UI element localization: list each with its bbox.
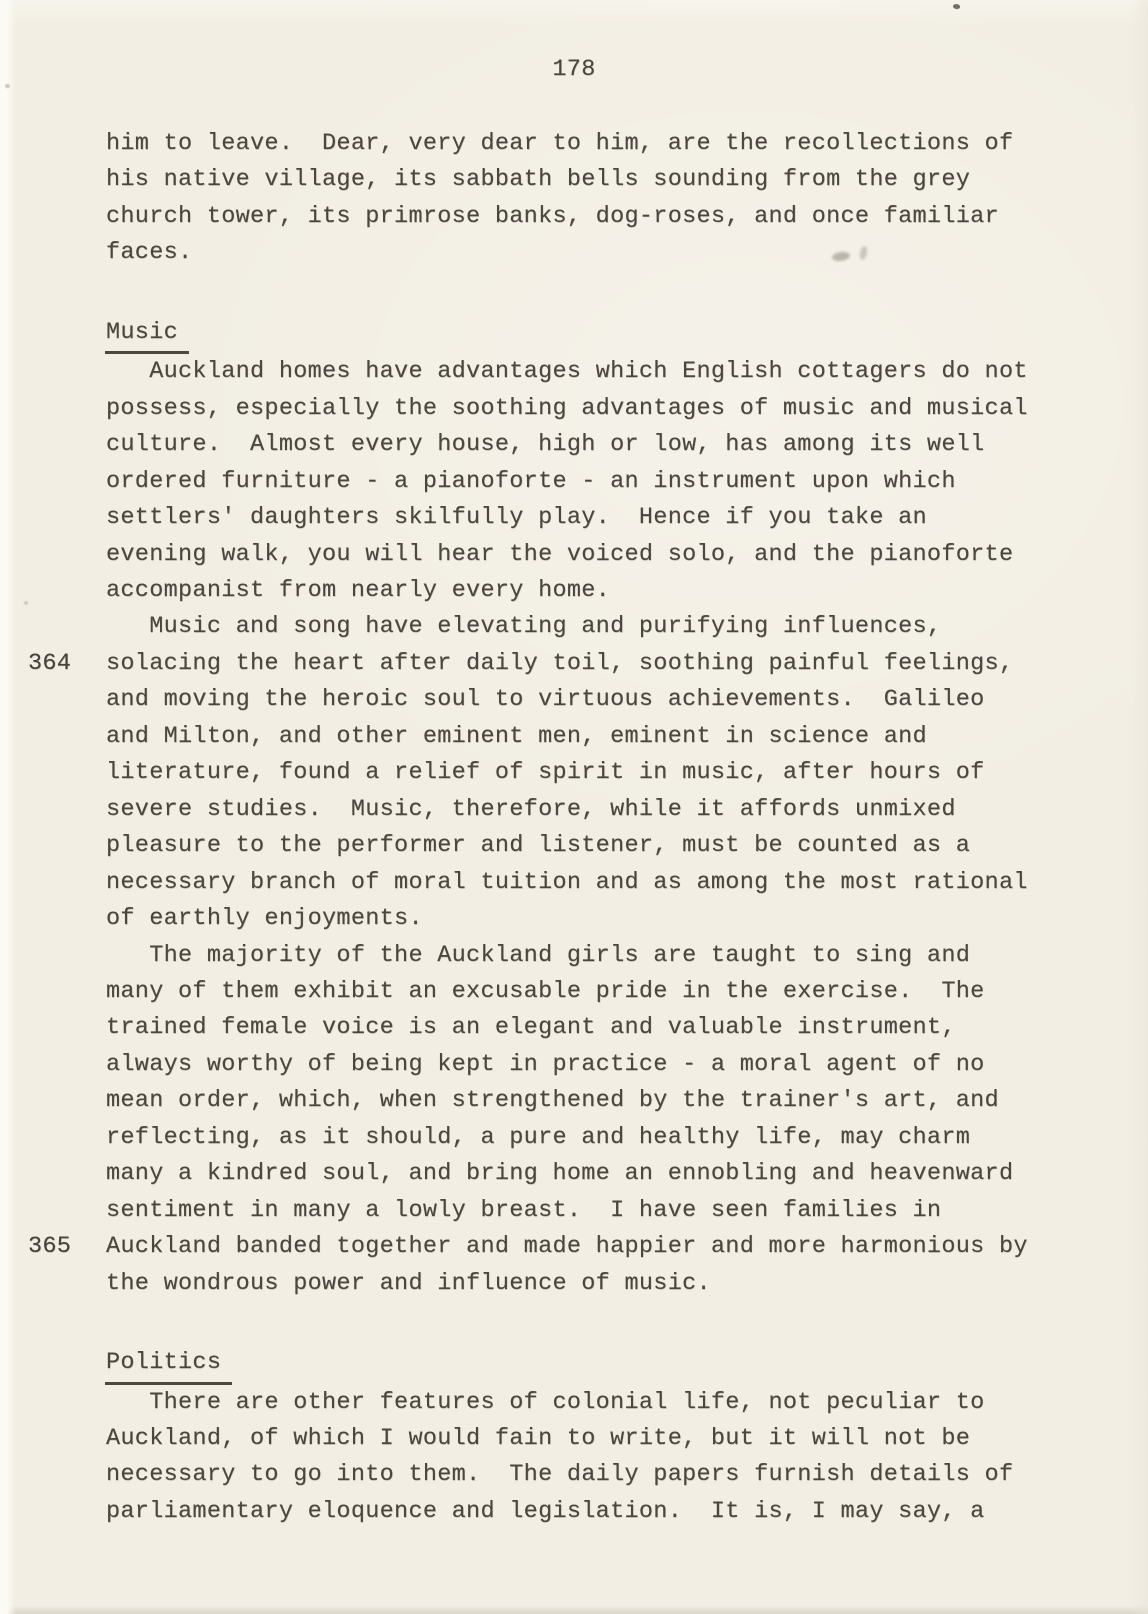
text-line-content: possess, especially the soothing advanta… (106, 395, 1028, 422)
text-line: and Milton, and other eminent men, emine… (106, 719, 1086, 755)
text-line-content: Music and song have elevating and purify… (106, 613, 941, 640)
text-line: of earthly enjoyments. (106, 901, 1086, 937)
text-line: possess, especially the soothing advanta… (106, 391, 1086, 427)
paragraph: him to leave. Dear, very dear to him, ar… (106, 126, 1086, 272)
text-line-content: him to leave. Dear, very dear to him, ar… (106, 130, 1013, 157)
text-line: ordered furniture - a pianoforte - an in… (106, 464, 1086, 500)
document-page: 178 him to leave. Dear, very dear to him… (0, 0, 1148, 1614)
text-line-content: culture. Almost every house, high or low… (106, 431, 985, 458)
page-number: 178 (0, 52, 1148, 88)
text-line: the wondrous power and influence of musi… (106, 1266, 1086, 1302)
paragraph: The majority of the Auckland girls are t… (106, 938, 1086, 1303)
text-line-content: necessary to go into them. The daily pap… (106, 1461, 1013, 1488)
text-line: parliamentary eloquence and legislation.… (106, 1494, 1086, 1530)
text-line-content: The majority of the Auckland girls are t… (106, 942, 970, 969)
text-line: mean order, which, when strengthened by … (106, 1083, 1086, 1119)
text-line-content: sentiment in many a lowly breast. I have… (106, 1197, 941, 1224)
text-line: Auckland homes have advantages which Eng… (106, 354, 1086, 390)
text-line-content: parliamentary eloquence and legislation.… (106, 1498, 985, 1525)
text-line: many a kindred soul, and bring home an e… (106, 1156, 1086, 1192)
text-line: reflecting, as it should, a pure and hea… (106, 1120, 1086, 1156)
text-line: 365Auckland banded together and made hap… (106, 1229, 1086, 1265)
text-line: Auckland, of which I would fain to write… (106, 1421, 1086, 1457)
text-line-content: reflecting, as it should, a pure and hea… (106, 1124, 970, 1151)
text-line-content: accompanist from nearly every home. (106, 577, 610, 604)
section-heading: Politics (105, 1345, 232, 1384)
section-heading-row: Politics (106, 1345, 1086, 1384)
text-line-content: pleasure to the performer and listener, … (106, 832, 970, 859)
text-line-content: solacing the heart after daily toil, soo… (106, 650, 1013, 677)
margin-number: 364 (28, 646, 71, 682)
text-line-content: literature, found a relief of spirit in … (106, 759, 985, 786)
text-line: Music and song have elevating and purify… (106, 609, 1086, 645)
page-content: him to leave. Dear, very dear to him, ar… (106, 126, 1086, 1530)
text-line: many of them exhibit an excusable pride … (106, 974, 1086, 1010)
paragraph: There are other features of colonial lif… (106, 1385, 1086, 1531)
text-line-content: of earthly enjoyments. (106, 905, 423, 932)
text-line: always worthy of being kept in practice … (106, 1047, 1086, 1083)
text-line-content: evening walk, you will hear the voiced s… (106, 541, 1013, 568)
text-line: pleasure to the performer and listener, … (106, 828, 1086, 864)
text-line-content: and moving the heroic soul to virtuous a… (106, 686, 985, 713)
text-line-content: trained female voice is an elegant and v… (106, 1014, 956, 1041)
ink-speck (952, 3, 960, 10)
text-line: culture. Almost every house, high or low… (106, 427, 1086, 463)
text-line: necessary to go into them. The daily pap… (106, 1457, 1086, 1493)
text-line: sentiment in many a lowly breast. I have… (106, 1193, 1086, 1229)
text-line: settlers' daughters skilfully play. Henc… (106, 500, 1086, 536)
text-line: severe studies. Music, therefore, while … (106, 792, 1086, 828)
section-heading: Music (105, 315, 189, 354)
text-line-content: faces. (106, 239, 192, 266)
text-line-content: severe studies. Music, therefore, while … (106, 796, 956, 823)
text-line-content: settlers' daughters skilfully play. Henc… (106, 504, 927, 531)
text-line-content: church tower, its primrose banks, dog-ro… (106, 203, 999, 230)
text-line: literature, found a relief of spirit in … (106, 755, 1086, 791)
text-line-content: Auckland homes have advantages which Eng… (106, 358, 1028, 385)
text-line-content: There are other features of colonial lif… (106, 1389, 985, 1416)
paragraph: Music and song have elevating and purify… (106, 609, 1086, 937)
text-line: his native village, its sabbath bells so… (106, 162, 1086, 198)
text-line: faces. (106, 235, 1086, 271)
section-heading-row: Music (106, 315, 1086, 354)
text-line: The majority of the Auckland girls are t… (106, 938, 1086, 974)
text-line: evening walk, you will hear the voiced s… (106, 537, 1086, 573)
text-line: him to leave. Dear, very dear to him, ar… (106, 126, 1086, 162)
ink-speck (24, 601, 28, 605)
text-line: trained female voice is an elegant and v… (106, 1010, 1086, 1046)
text-line-content: necessary branch of moral tuition and as… (106, 869, 1028, 896)
text-line-content: many a kindred soul, and bring home an e… (106, 1160, 1013, 1187)
text-line-content: always worthy of being kept in practice … (106, 1051, 985, 1078)
text-line-content: his native village, its sabbath bells so… (106, 166, 970, 193)
text-line: 364solacing the heart after daily toil, … (106, 646, 1086, 682)
text-line-content: ordered furniture - a pianoforte - an in… (106, 468, 956, 495)
margin-number: 365 (28, 1229, 71, 1265)
text-line: necessary branch of moral tuition and as… (106, 865, 1086, 901)
text-line: and moving the heroic soul to virtuous a… (106, 682, 1086, 718)
text-line-content: the wondrous power and influence of musi… (106, 1270, 711, 1297)
text-line: accompanist from nearly every home. (106, 573, 1086, 609)
text-line: There are other features of colonial lif… (106, 1385, 1086, 1421)
text-line: church tower, its primrose banks, dog-ro… (106, 199, 1086, 235)
text-line-content: many of them exhibit an excusable pride … (106, 978, 985, 1005)
text-line-content: Auckland, of which I would fain to write… (106, 1425, 970, 1452)
paragraph: Auckland homes have advantages which Eng… (106, 354, 1086, 609)
text-line-content: and Milton, and other eminent men, emine… (106, 723, 927, 750)
text-line-content: mean order, which, when strengthened by … (106, 1087, 999, 1114)
text-line-content: Auckland banded together and made happie… (106, 1233, 1028, 1260)
